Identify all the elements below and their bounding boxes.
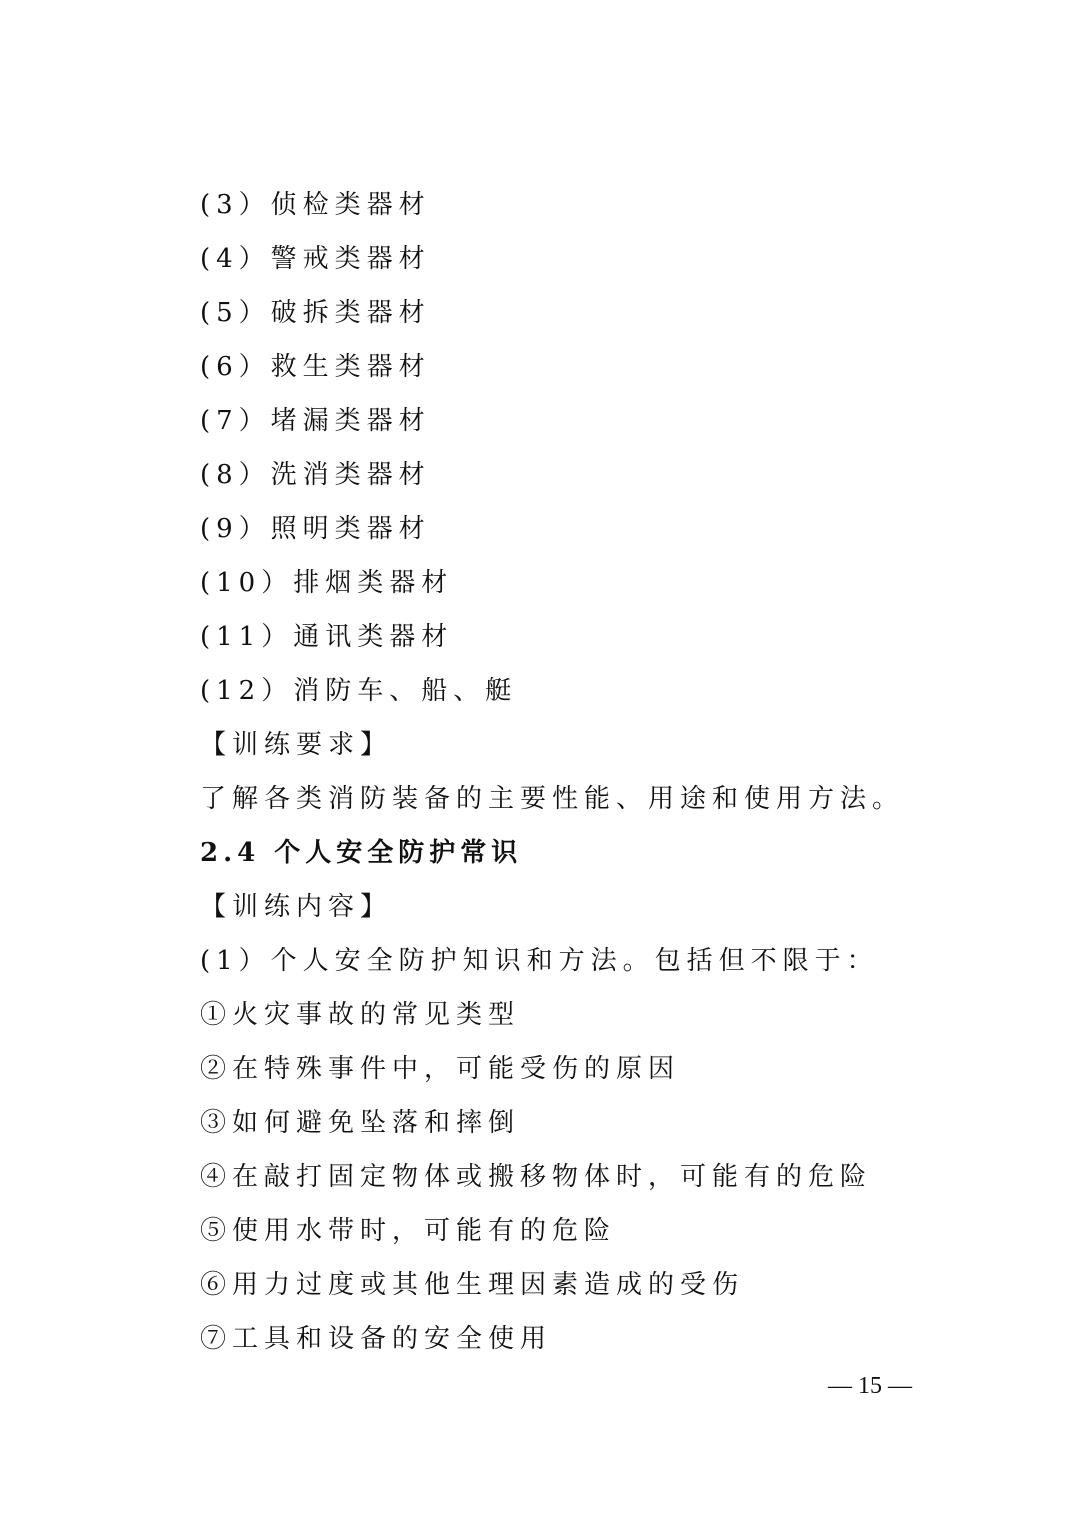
sub-item-2: ②在特殊事件中，可能受伤的原因 [200,1046,900,1100]
sub-item-3: ③如何避免坠落和摔倒 [200,1100,900,1154]
section-heading: 2.4 个人安全防护常识 [200,830,900,884]
equipment-item-8: (8）洗消类器材 [200,452,900,506]
equipment-item-12: (12）消防车、船、艇 [200,668,900,722]
training-content-label: 【训练内容】 [200,884,900,938]
equipment-item-4: (4）警戒类器材 [200,236,900,290]
equipment-item-5: (5）破拆类器材 [200,290,900,344]
page-number: — 15 — [820,1368,920,1404]
equipment-item-7: (7）堵漏类器材 [200,398,900,452]
equipment-item-3: (3）侦检类器材 [200,182,900,236]
equipment-item-11: (11）通讯类器材 [200,614,900,668]
sub-item-5: ⑤使用水带时，可能有的危险 [200,1208,900,1262]
document-page: (3）侦检类器材 (4）警戒类器材 (5）破拆类器材 (6）救生类器材 (7）堵… [0,0,1080,1528]
sub-item-4: ④在敲打固定物体或搬移物体时，可能有的危险 [200,1154,900,1208]
sub-item-7: ⑦工具和设备的安全使用 [200,1316,900,1370]
training-requirement-text: 了解各类消防装备的主要性能、用途和使用方法。 [200,776,900,830]
equipment-item-6: (6）救生类器材 [200,344,900,398]
page-content: (3）侦检类器材 (4）警戒类器材 (5）破拆类器材 (6）救生类器材 (7）堵… [200,182,900,1370]
content-item-1: (1）个人安全防护知识和方法。包括但不限于： [200,938,900,992]
equipment-item-10: (10）排烟类器材 [200,560,900,614]
training-requirement-label: 【训练要求】 [200,722,900,776]
sub-item-6: ⑥用力过度或其他生理因素造成的受伤 [200,1262,900,1316]
sub-item-1: ①火灾事故的常见类型 [200,992,900,1046]
equipment-item-9: (9）照明类器材 [200,506,900,560]
